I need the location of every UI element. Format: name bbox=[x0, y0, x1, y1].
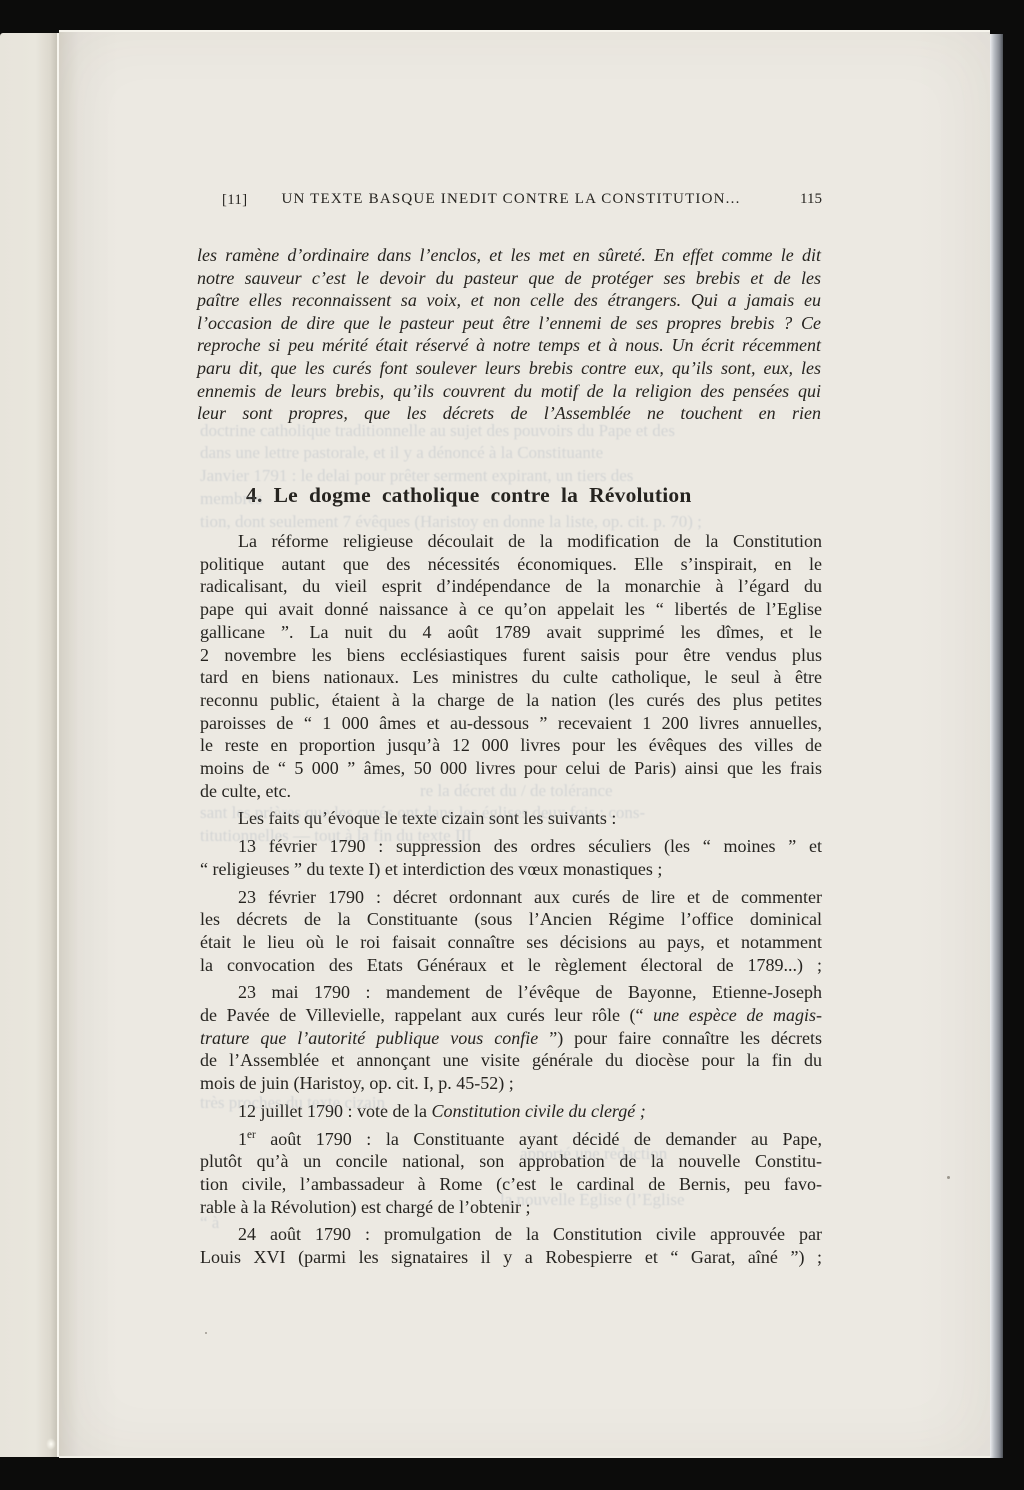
previous-page-edge bbox=[0, 33, 59, 1457]
text-line: pape qui avait donné naissance à ce qu’o… bbox=[200, 598, 822, 621]
text-line: était le lieu où le roi faisait connaîtr… bbox=[200, 931, 822, 954]
text-line: 23 février 1790 : décret ordonnant aux c… bbox=[200, 886, 822, 909]
text-line: paru dit, que les curés font soulever le… bbox=[197, 357, 821, 380]
text-line: de Pavée de Villevielle, rappelant aux c… bbox=[200, 1004, 822, 1027]
text-line: les ramène d’ordinaire dans l’enclos, et… bbox=[197, 244, 821, 267]
text-line: mois de juin (Haristoy, op. cit. I, p. 4… bbox=[200, 1072, 822, 1095]
text-line: reconnu public, étaient à la charge de l… bbox=[200, 689, 822, 712]
page-corner-highlight bbox=[46, 1438, 56, 1450]
ink-speck bbox=[947, 1176, 950, 1179]
page-edge-stack bbox=[990, 34, 1003, 1458]
text-line: 23 mai 1790 : mandement de l’évêque de B… bbox=[200, 981, 822, 1004]
header-running-title: UN TEXTE BASQUE INEDIT CONTRE LA CONSTIT… bbox=[200, 191, 822, 208]
paragraph: 23 février 1790 : décret ordonnant aux c… bbox=[200, 886, 822, 977]
text-line: tard en biens nationaux. Les ministres d… bbox=[200, 666, 822, 689]
paragraph: La réforme religieuse découlait de la mo… bbox=[200, 530, 822, 802]
paragraph: 23 mai 1790 : mandement de l’évêque de B… bbox=[200, 981, 822, 1095]
text-line: gallicane ”. La nuit du 4 août 1789 avai… bbox=[200, 621, 822, 644]
text-line: 2 novembre les biens ecclésiastiques fur… bbox=[200, 644, 822, 667]
page-header: [11] UN TEXTE BASQUE INEDIT CONTRE LA CO… bbox=[200, 191, 822, 213]
paragraph: 24 août 1790 : promulgation de la Consti… bbox=[200, 1223, 822, 1268]
text-line: l’occasion de dire que le pasteur peut ê… bbox=[197, 312, 821, 335]
text-line: trature que l’autorité publique vous con… bbox=[200, 1027, 822, 1050]
text-line: de culte, etc. bbox=[200, 780, 822, 803]
text-line: la convocation des Etats Généraux et le … bbox=[200, 954, 822, 977]
section-heading: 4. Le dogme catholique contre la Révolut… bbox=[200, 483, 822, 508]
text-line: de l’Assemblée et annonçant une visite g… bbox=[200, 1049, 822, 1072]
paragraph: 12 juillet 1790 : vote de la Constitutio… bbox=[200, 1100, 822, 1123]
text-line: tion civile, l’ambassadeur à Rome (c’est… bbox=[200, 1173, 822, 1196]
text-line: ennemis de leurs brebis, qu’ils couvrent… bbox=[197, 380, 821, 403]
book-photo: [11] UN TEXTE BASQUE INEDIT CONTRE LA CO… bbox=[0, 0, 1024, 1490]
text-line: paroisses de “ 1 000 âmes et au-dessous … bbox=[200, 712, 822, 735]
text-line: notre sauveur c’est le devoir du pasteur… bbox=[197, 267, 821, 290]
header-page-number: 115 bbox=[800, 191, 822, 208]
text-line: radicalisant, du vieil esprit d’indépend… bbox=[200, 575, 822, 598]
text-line: paître elles reconnaissent sa voix, et n… bbox=[197, 289, 821, 312]
text-line: plutôt qu’à un concile national, son app… bbox=[200, 1150, 822, 1173]
text-line: Louis XVI (parmi les signataires il y a … bbox=[200, 1246, 822, 1269]
text-line: le reste en proportion jusqu’à 12 000 li… bbox=[200, 734, 822, 757]
quote-paragraph: les ramène d’ordinaire dans l’enclos, et… bbox=[197, 244, 821, 425]
body-text: La réforme religieuse découlait de la mo… bbox=[200, 530, 822, 1269]
text-line: reproche si peu mérité était réservé à n… bbox=[197, 334, 821, 357]
text-line: La réforme religieuse découlait de la mo… bbox=[200, 530, 822, 553]
text-line: 24 août 1790 : promulgation de la Consti… bbox=[200, 1223, 822, 1246]
ink-speck bbox=[205, 1332, 207, 1334]
paragraph: 13 février 1790 : suppression des ordres… bbox=[200, 835, 822, 880]
text-line: politique autant que des nécessités écon… bbox=[200, 553, 822, 576]
text-line: 1er août 1790 : la Constituante ayant dé… bbox=[200, 1128, 822, 1151]
text-line: rable à la Révolution) est chargé de l’o… bbox=[200, 1196, 822, 1219]
text-line: Les faits qu’évoque le texte cizain sont… bbox=[200, 807, 822, 830]
paragraph: 1er août 1790 : la Constituante ayant dé… bbox=[200, 1128, 822, 1219]
text-line: 13 février 1790 : suppression des ordres… bbox=[200, 835, 822, 858]
text-line: moins de “ 5 000 ” âmes, 50 000 livres p… bbox=[200, 757, 822, 780]
paragraph: Les faits qu’évoque le texte cizain sont… bbox=[200, 807, 822, 830]
text-line: les décrets de la Constituante (sous l’A… bbox=[200, 908, 822, 931]
text-line: “ religieuses ” du texte I) et interdict… bbox=[200, 858, 822, 881]
text-line: 12 juillet 1790 : vote de la Constitutio… bbox=[200, 1100, 822, 1123]
text-line: leur sont propres, que les décrets de l’… bbox=[197, 402, 821, 425]
